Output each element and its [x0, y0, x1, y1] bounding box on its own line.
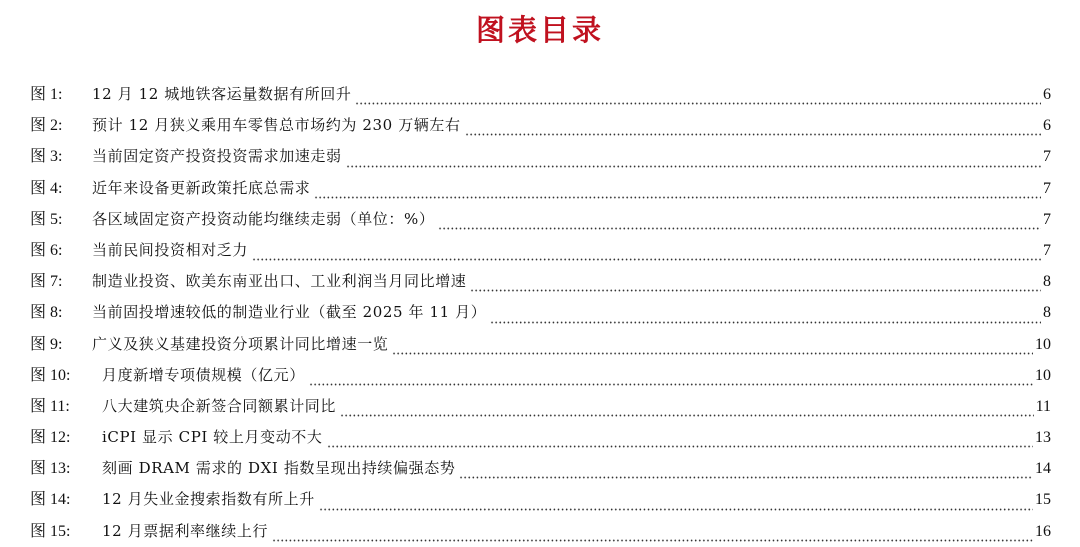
toc-entry-title[interactable]: iCPI 显示 CPI 较上月变动不大 — [102, 425, 323, 449]
dot-leader — [327, 434, 1034, 448]
toc-entry-page[interactable]: 11 — [1036, 395, 1051, 419]
toc-entry-title[interactable]: 12 月票据利率继续上行 — [102, 519, 268, 543]
toc-entry-page[interactable]: 14 — [1035, 457, 1051, 481]
dot-leader — [438, 216, 1041, 230]
toc-entry-label: 图 11: — [30, 395, 102, 419]
toc-entry-title[interactable]: 当前固投增速较低的制造业行业（截至 2025 年 11 月） — [92, 300, 486, 324]
dot-leader — [465, 122, 1041, 136]
toc-entry-title[interactable]: 12 月 12 城地铁客运量数据有所回升 — [92, 82, 351, 106]
dot-leader — [314, 185, 1041, 199]
toc-entry-6[interactable]: 图 6: 当前民间投资相对乏力 7 — [30, 238, 1051, 269]
dot-leader — [346, 154, 1041, 168]
toc-entry-label: 图 8: — [30, 301, 92, 325]
toc-entry-label: 图 15: — [30, 520, 102, 544]
dot-leader — [470, 278, 1041, 292]
toc-entry-page[interactable]: 8 — [1043, 270, 1051, 294]
toc-entry-page[interactable]: 10 — [1035, 333, 1051, 357]
toc-entry-page[interactable]: 6 — [1043, 114, 1051, 138]
toc-entry-page[interactable]: 16 — [1035, 520, 1051, 544]
dot-leader — [319, 497, 1033, 511]
toc-entry-title[interactable]: 刻画 DRAM 需求的 DXI 指数呈现出持续偏强态势 — [102, 456, 455, 480]
toc-entry-page[interactable]: 7 — [1043, 177, 1051, 201]
figure-toc-list: 图 1: 12 月 12 城地铁客运量数据有所回升 6 图 2: 预计 12 月… — [30, 82, 1051, 547]
toc-entry-title[interactable]: 近年来设备更新政策托底总需求 — [92, 176, 310, 200]
toc-entry-page[interactable]: 6 — [1043, 83, 1051, 107]
toc-entry-title[interactable]: 广义及狭义基建投资分项累计同比增速一览 — [92, 332, 388, 356]
toc-entry-1[interactable]: 图 1: 12 月 12 城地铁客运量数据有所回升 6 — [30, 82, 1051, 113]
toc-entry-title[interactable]: 各区域固定资产投资动能均继续走弱（单位：%） — [92, 207, 434, 231]
toc-entry-page[interactable]: 8 — [1043, 301, 1051, 325]
toc-entry-label: 图 12: — [30, 426, 102, 450]
dot-leader — [340, 403, 1034, 417]
toc-entry-title[interactable]: 预计 12 月狭义乘用车零售总市场约为 230 万辆左右 — [92, 113, 461, 137]
dot-leader — [392, 341, 1033, 355]
toc-entry-title[interactable]: 当前固定资产投资投资需求加速走弱 — [92, 144, 342, 168]
toc-entry-label: 图 7: — [30, 270, 92, 294]
toc-entry-title[interactable]: 当前民间投资相对乏力 — [92, 238, 248, 262]
toc-entry-9[interactable]: 图 9: 广义及狭义基建投资分项累计同比增速一览 10 — [30, 332, 1051, 363]
toc-entry-13[interactable]: 图 13: 刻画 DRAM 需求的 DXI 指数呈现出持续偏强态势 14 — [30, 456, 1051, 487]
toc-entry-label: 图 5: — [30, 208, 92, 232]
toc-entry-3[interactable]: 图 3: 当前固定资产投资投资需求加速走弱 7 — [30, 144, 1051, 175]
toc-entry-page[interactable]: 7 — [1043, 145, 1051, 169]
toc-entry-title[interactable]: 八大建筑央企新签合同额累计同比 — [102, 394, 336, 418]
toc-entry-5[interactable]: 图 5: 各区域固定资产投资动能均继续走弱（单位：%） 7 — [30, 207, 1051, 238]
toc-entry-label: 图 10: — [30, 364, 102, 388]
toc-entry-page[interactable]: 10 — [1035, 364, 1051, 388]
page-title: 图表目录 — [0, 8, 1080, 49]
toc-entry-label: 图 14: — [30, 488, 102, 512]
toc-entry-page[interactable]: 7 — [1043, 208, 1051, 232]
toc-entry-label: 图 1: — [30, 83, 92, 107]
toc-entry-11[interactable]: 图 11: 八大建筑央企新签合同额累计同比 11 — [30, 394, 1051, 425]
toc-entry-10[interactable]: 图 10: 月度新增专项债规模（亿元） 10 — [30, 363, 1051, 394]
toc-entry-page[interactable]: 15 — [1035, 488, 1051, 512]
toc-entry-title[interactable]: 制造业投资、欧美东南亚出口、工业利润当月同比增速 — [92, 269, 466, 293]
dot-leader — [459, 465, 1033, 479]
toc-entry-8[interactable]: 图 8: 当前固投增速较低的制造业行业（截至 2025 年 11 月） 8 — [30, 300, 1051, 331]
toc-entry-title[interactable]: 12 月失业金搜索指数有所上升 — [102, 487, 315, 511]
toc-entry-14[interactable]: 图 14: 12 月失业金搜索指数有所上升 15 — [30, 487, 1051, 518]
toc-entry-12[interactable]: 图 12: iCPI 显示 CPI 较上月变动不大 13 — [30, 425, 1051, 456]
toc-entry-page[interactable]: 7 — [1043, 239, 1051, 263]
toc-entry-label: 图 13: — [30, 457, 102, 481]
toc-entry-page[interactable]: 13 — [1035, 426, 1051, 450]
toc-entry-4[interactable]: 图 4: 近年来设备更新政策托底总需求 7 — [30, 176, 1051, 207]
toc-entry-label: 图 6: — [30, 239, 92, 263]
dot-leader — [355, 91, 1041, 105]
toc-entry-2[interactable]: 图 2: 预计 12 月狭义乘用车零售总市场约为 230 万辆左右 6 — [30, 113, 1051, 144]
toc-entry-label: 图 4: — [30, 177, 92, 201]
toc-entry-label: 图 9: — [30, 333, 92, 357]
toc-entry-label: 图 2: — [30, 114, 92, 138]
toc-entry-7[interactable]: 图 7: 制造业投资、欧美东南亚出口、工业利润当月同比增速 8 — [30, 269, 1051, 300]
toc-entry-title[interactable]: 月度新增专项债规模（亿元） — [102, 363, 305, 387]
dot-leader — [490, 310, 1041, 324]
toc-entry-label: 图 3: — [30, 145, 92, 169]
dot-leader — [309, 372, 1033, 386]
dot-leader — [252, 247, 1041, 261]
toc-entry-15[interactable]: 图 15: 12 月票据利率继续上行 16 — [30, 519, 1051, 547]
dot-leader — [272, 528, 1033, 542]
